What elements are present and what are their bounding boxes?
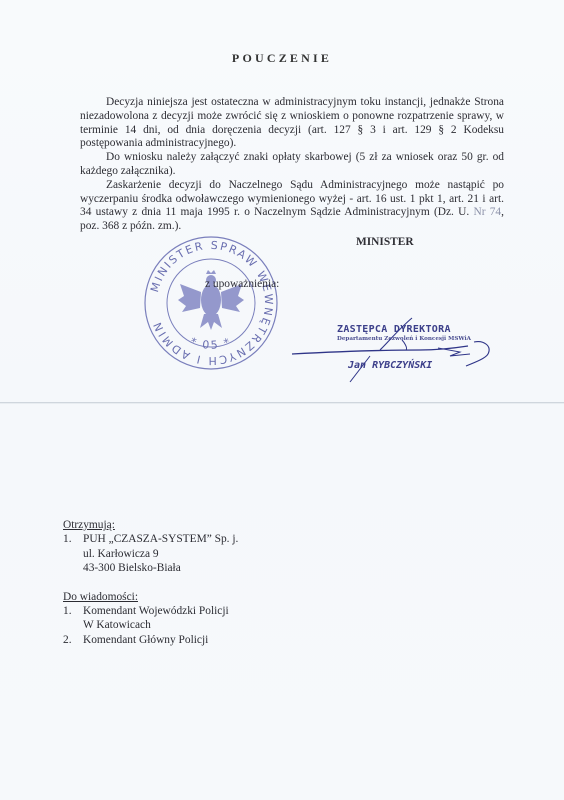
recipient-item: 1. PUH „CZASZA-SYSTEM” Sp. j. ul. Karłow… (63, 532, 238, 575)
authorization-label: z upoważnienia: (205, 278, 279, 290)
recipient-name: PUH „CZASZA-SYSTEM” Sp. j. (83, 532, 238, 546)
recipient-street: ul. Karłowicza 9 (83, 547, 238, 561)
document-title: POUCZENIE (0, 51, 564, 66)
paragraph-1: Decyzja niniejsza jest ostateczna w admi… (80, 96, 504, 151)
svg-text:* 05 *: * 05 * (188, 335, 233, 352)
distribution-list: Otrzymują: 1. PUH „CZASZA-SYSTEM” Sp. j.… (63, 518, 238, 647)
fold-line-shadow (0, 403, 564, 404)
journal-number: Nr 74 (473, 206, 501, 218)
paragraph-3: Zaskarżenie decyzji do Naczelnego Sądu A… (80, 179, 504, 234)
recipients-header: Otrzymują: (63, 518, 238, 532)
cc-header: Do wiadomości: (63, 590, 238, 604)
instruction-text: Decyzja niniejsza jest ostateczna w admi… (80, 96, 504, 234)
paragraph-2: Do wniosku należy załączyć znaki opłaty … (80, 151, 504, 179)
cc-item: 2. Komendant Główny Policji (63, 633, 238, 647)
handwritten-signature-icon (290, 310, 510, 390)
official-stamp-icon: MINISTER SPRAW WEWNĘTRZNYCH I ADMIN * 05… (142, 234, 280, 372)
cc-item: 1. Komendant Wojewódzki Policji W Katowi… (63, 604, 238, 633)
recipient-city: 43-300 Bielsko-Biała (83, 561, 238, 575)
signatory-header: MINISTER (356, 236, 414, 248)
signature-block: ZASTĘPCA DYREKTORA Departamentu Zezwoleń… (290, 310, 510, 385)
